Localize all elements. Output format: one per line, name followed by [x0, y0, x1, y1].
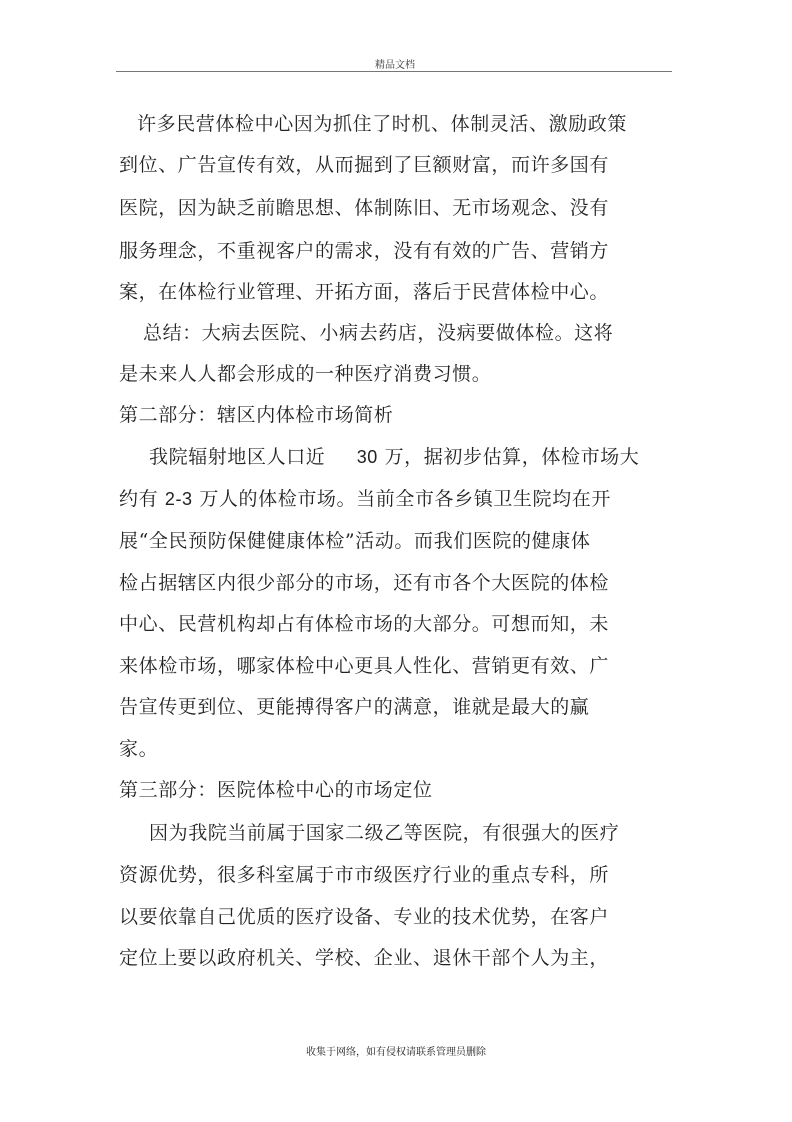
text-line: 我院辐射地区人口近 30 万，据初步估算，体检市场大: [119, 446, 639, 468]
summary-line: 总结：大病去医院、小病去药店，没病要做体检。这将: [119, 322, 613, 344]
text-line: 约有 2-3 万人的体检市场。当前全市各乡镇卫生院均在开: [119, 488, 611, 510]
text-line: 到位、广告宣传有效，从而掘到了巨额财富，而许多国有: [119, 154, 609, 176]
text-line: 中心、民营机构却占有体检市场的大部分。可想而知，未: [119, 613, 609, 635]
text-line: 以要依靠自己优质的医疗设备、专业的技术优势，在客户: [119, 906, 609, 928]
market-size-number: 2-3: [165, 489, 193, 509]
text-segment: 万人的体检市场。当前全市各乡镇卫生院均在开: [199, 488, 611, 510]
text-line: 案，在体检行业管理、开拓方面，落后于民营体检中心。: [119, 281, 609, 303]
text-segment: 我院辐射地区人口近: [149, 446, 325, 468]
text-line: 许多民营体检中心因为抓住了时机、体制灵活、激励政策: [119, 113, 627, 135]
text-line: 检占据辖区内很少部分的市场，还有市各个大医院的体检: [119, 572, 609, 594]
population-number: 30: [357, 447, 378, 467]
section-heading-3: 第三部分：医院体检中心的市场定位: [119, 779, 433, 801]
text-segment: 万，据初步估算，体检市场大: [385, 446, 640, 468]
text-line: 告宣传更到位、更能搏得客户的满意，谁就是最大的赢: [119, 696, 589, 718]
text-line: 家。: [119, 738, 158, 760]
text-line: 展“全民预防保健健康体检”活动。而我们医院的健康体: [119, 530, 590, 552]
header-divider: [116, 71, 672, 72]
text-line: 医院，因为缺乏前瞻思想、体制陈旧、无市场观念、没有: [119, 197, 609, 219]
page-footer: 收集于网络，如有侵权请联系管理员删除: [0, 1043, 792, 1058]
page-header: 精品文档: [118, 56, 672, 71]
text-line: 服务理念，不重视客户的需求，没有有效的广告、营销方: [119, 240, 609, 262]
text-line: 资源优势，很多科室属于市市级医疗行业的重点专科，所: [119, 864, 609, 886]
text-line: 来体检市场，哪家体检中心更具人性化、营销更有效、广: [119, 655, 609, 677]
text-line: 定位上要以政府机关、学校、企业、退休干部个人为主，: [119, 947, 609, 969]
section-heading-2: 第二部分：辖区内体检市场简析: [119, 404, 393, 426]
text-line: 是未来人人都会形成的一种医疗消费习惯。: [119, 363, 491, 385]
text-line: 因为我院当前属于国家二级乙等医院，有很强大的医疗: [119, 822, 619, 844]
text-segment: 约有: [119, 488, 158, 510]
